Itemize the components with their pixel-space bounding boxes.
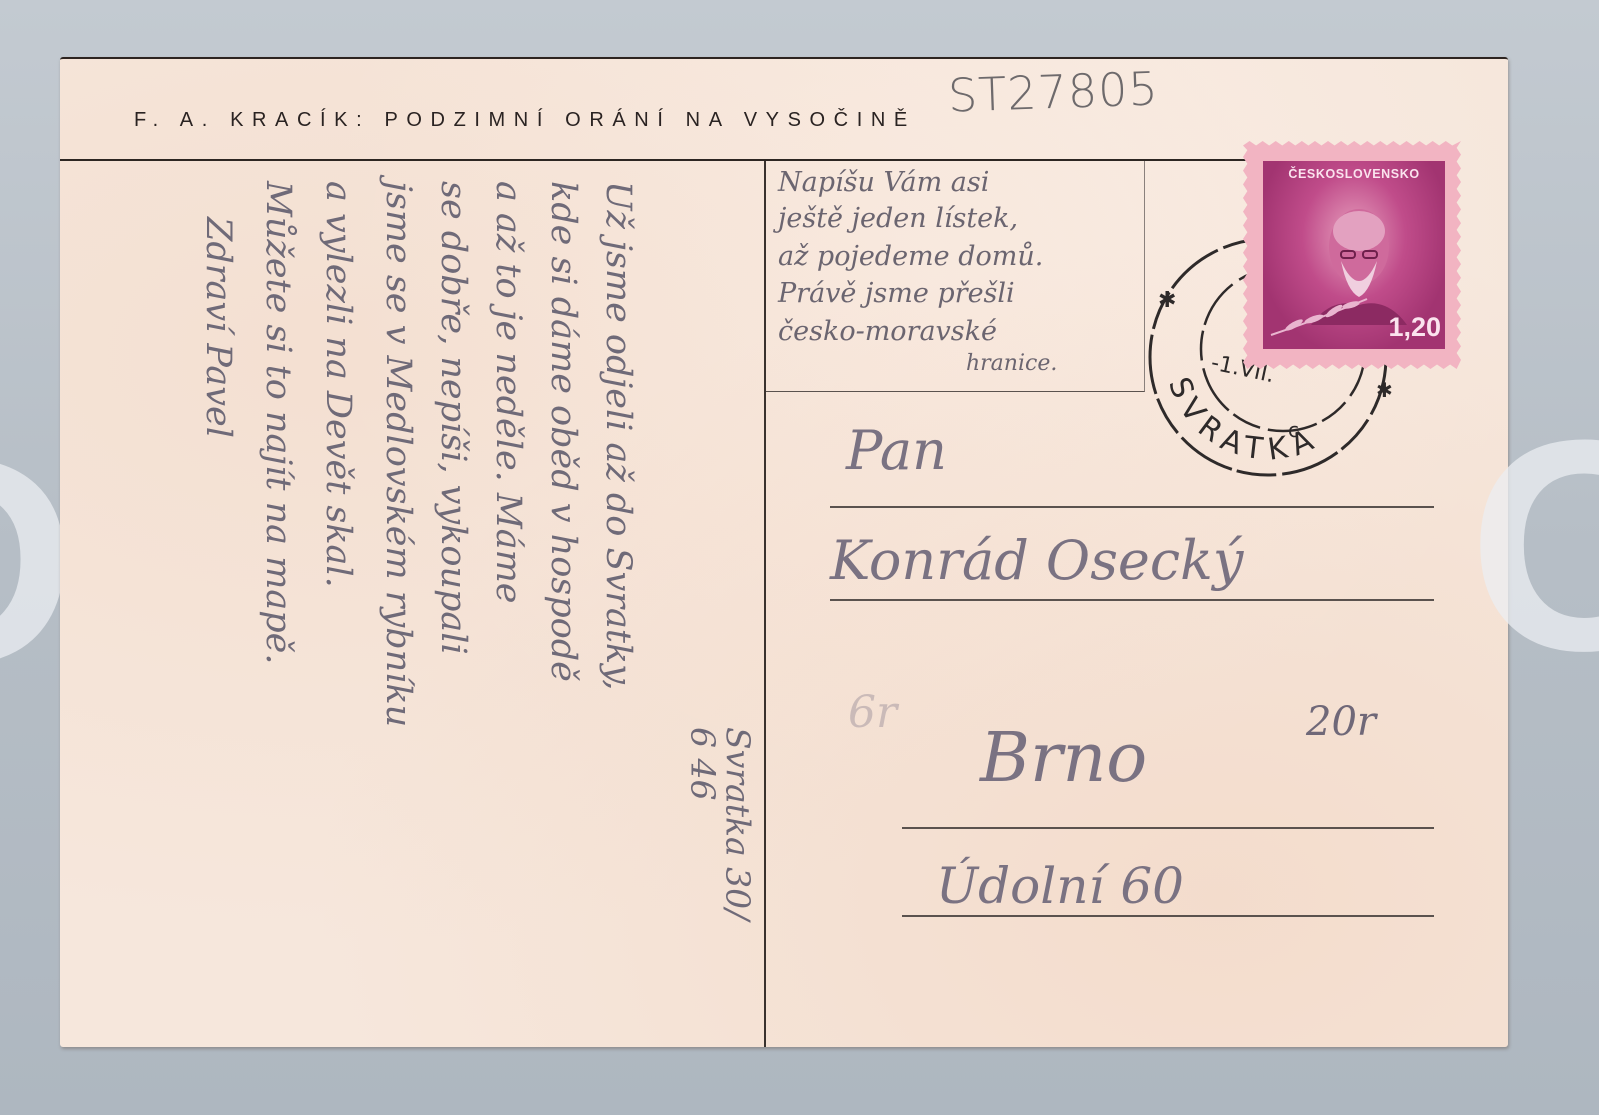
address-street: Údolní 60 [936,857,1184,915]
side-message-line: česko-moravské [778,316,997,347]
message-line: kde si dáme oběd v hospodě [545,181,580,682]
message-place-date: Svratka 30/ 6 46 [685,727,754,920]
printed-header: F. A. KRACÍK: PODZIMNÍ ORÁNÍ NA VYSOČINĚ [134,109,916,132]
header-divider [60,159,1440,161]
laurel-branch-icon [1269,289,1369,339]
address-line-4 [902,915,1434,917]
message-line: jsme se v Medlovském rybníku [380,181,415,727]
stamp-face-value: 1,20 [1388,312,1441,343]
message-line: a až to je neděle. Máme [490,181,525,604]
postage-stamp: ČESKOSLOVENSKO 1,20 [1243,141,1461,369]
svg-text:c: c [1288,418,1299,442]
address-city: Brno [980,719,1147,798]
svg-text:✱: ✱ [1158,288,1176,313]
address-line-3 [902,827,1434,829]
message-line: Můžete si to najít na mapě. [260,181,295,664]
side-message-line: Právě jsme přešli [778,278,1015,309]
side-message-line: až pojedeme domů. [778,241,1043,272]
side-message-line: Napíšu Vám asi [778,167,989,198]
side-message-box: Napíšu Vám asi ještě jeden lístek, až po… [766,161,1145,392]
pencil-reference-number: ST27805 [947,61,1159,122]
side-message-line: hranice. [966,351,1057,376]
address-line-1 [830,506,1434,508]
message-line: Už jsme odjeli až do Svratky, [600,181,635,690]
postcard: F. A. KRACÍK: PODZIMNÍ ORÁNÍ NA VYSOČINĚ… [60,57,1508,1047]
address-district-note: 20r [1306,699,1376,745]
address-name: Konrád Osecký [830,529,1243,592]
faint-pencil-mark: 6r [848,687,897,738]
address-salutation: Pan [846,419,947,482]
message-line: se dobře, nepíši, vykoupali [435,181,470,655]
svg-text:✱: ✱ [1376,378,1393,402]
side-message-line: ještě jeden lístek, [778,203,1018,234]
message-signature: Zdraví Pavel [200,217,235,438]
main-message: Svratka 30/ 6 46 Už jsme odjeli až do Sv… [160,167,750,1047]
address-line-2 [830,599,1434,601]
stamp-country: ČESKOSLOVENSKO [1263,167,1445,181]
watermark-right: O [1468,395,1599,695]
message-line: a vylezli na Devět skal. [320,181,355,588]
stamp-design: ČESKOSLOVENSKO 1,20 [1263,161,1445,349]
